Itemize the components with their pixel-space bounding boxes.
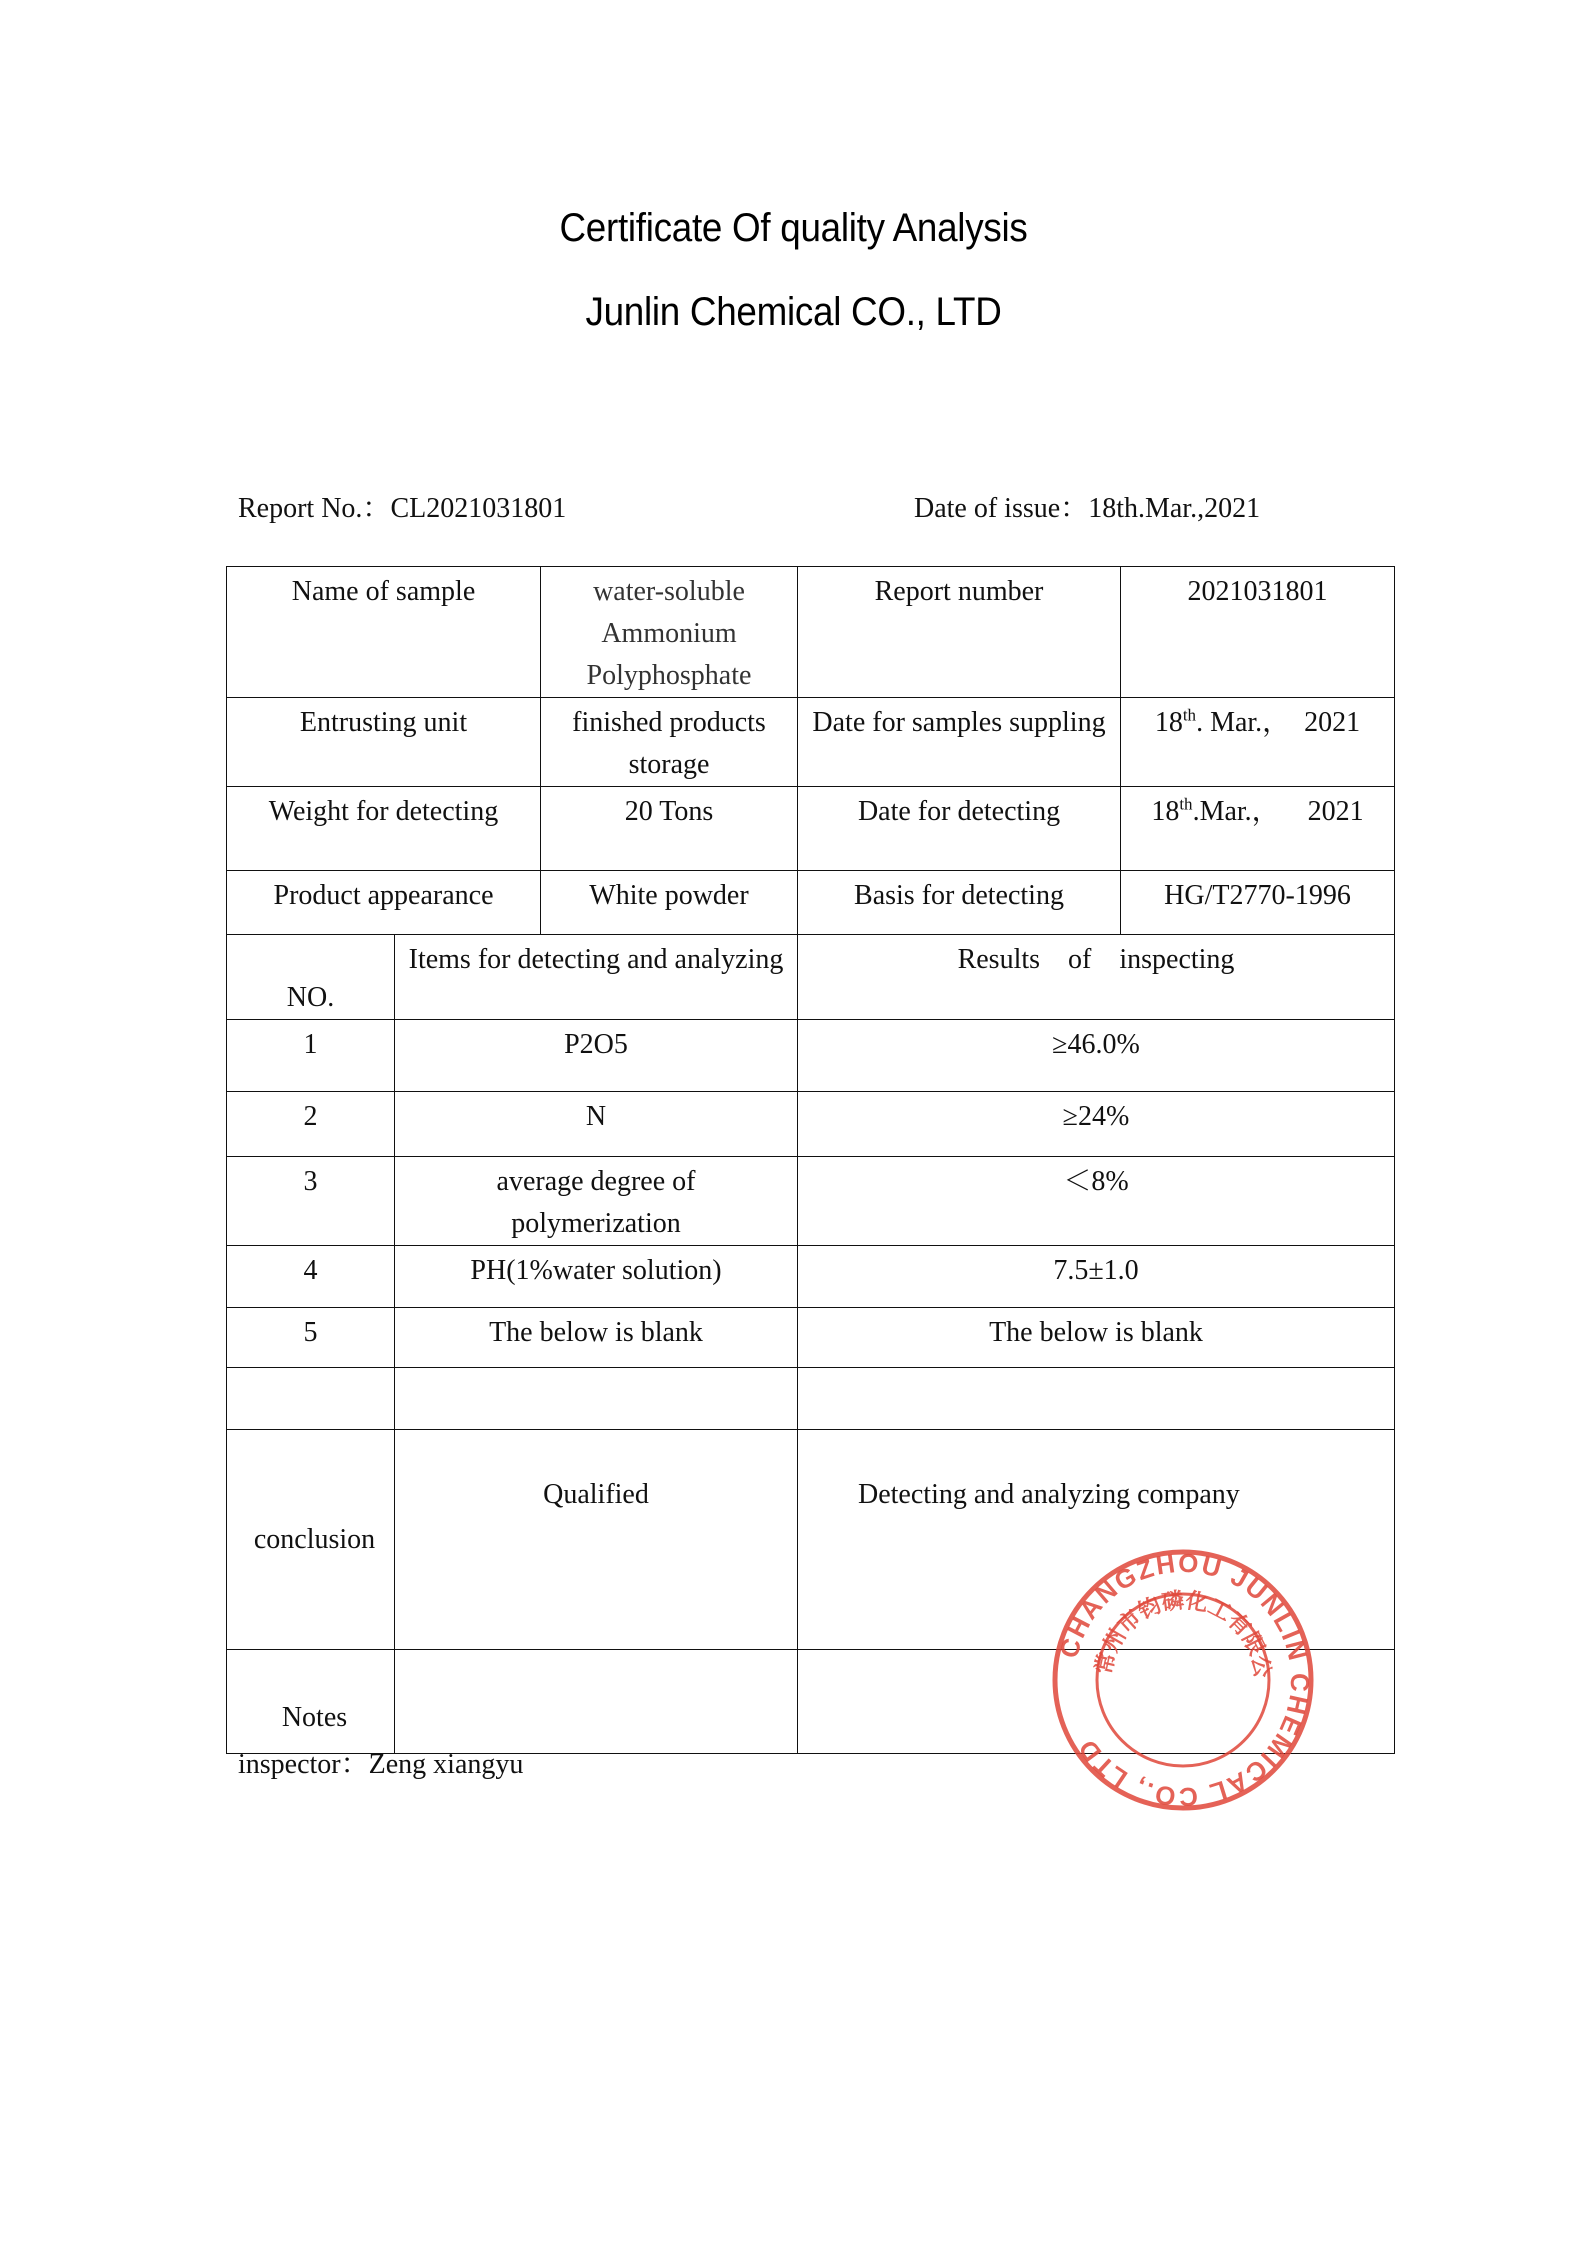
row-no: 1 bbox=[227, 1020, 395, 1092]
date-detecting-label: Date for detecting bbox=[798, 787, 1121, 871]
row-item bbox=[395, 1368, 798, 1430]
date-samples-value: 18th. Mar.， 2021 bbox=[1121, 698, 1395, 787]
entrusting-unit-label: Entrusting unit bbox=[227, 698, 541, 787]
row-no: 5 bbox=[227, 1308, 395, 1368]
report-no: Report No.：CL2021031801 bbox=[238, 486, 566, 526]
notes-label: Notes bbox=[227, 1650, 395, 1754]
table-row: Product appearance White powder Basis fo… bbox=[227, 871, 1395, 935]
row-result: ＜8% bbox=[798, 1157, 1395, 1246]
report-number-label: Report number bbox=[798, 567, 1121, 698]
basis-label: Basis for detecting bbox=[798, 871, 1121, 935]
row-no: 2 bbox=[227, 1092, 395, 1157]
row-item: N bbox=[395, 1092, 798, 1157]
date-of-issue: Date of issue：18th.Mar.,2021 bbox=[914, 486, 1260, 526]
company-name: Junlin Chemical CO., LTD bbox=[63, 290, 1523, 335]
row-result bbox=[798, 1368, 1395, 1430]
appearance-value: White powder bbox=[541, 871, 798, 935]
document-title: Certificate Of quality Analysis bbox=[63, 206, 1523, 251]
entrusting-unit-value: finished products storage bbox=[541, 698, 798, 787]
date-rest: . Mar.， 2021 bbox=[1196, 707, 1360, 738]
table-row: 5 The below is blank The below is blank bbox=[227, 1308, 1395, 1368]
date-detecting-value: 18th.Mar.， 2021 bbox=[1121, 787, 1395, 871]
table-row: 2 N ≥24% bbox=[227, 1092, 1395, 1157]
items-header: Items for detecting and analyzing bbox=[395, 935, 798, 1020]
day-suffix: th bbox=[1183, 706, 1196, 725]
sample-line: water-soluble bbox=[547, 571, 791, 613]
notes-extra bbox=[798, 1650, 1395, 1754]
report-number-value: 2021031801 bbox=[1121, 567, 1395, 698]
name-of-sample-value: water-soluble Ammonium Polyphosphate bbox=[541, 567, 798, 698]
table-row: 1 P2O5 ≥46.0% bbox=[227, 1020, 1395, 1092]
weight-label: Weight for detecting bbox=[227, 787, 541, 871]
table-row: 4 PH(1%water solution) 7.5±1.0 bbox=[227, 1246, 1395, 1308]
table-row bbox=[227, 1368, 1395, 1430]
results-header: Results of inspecting bbox=[798, 935, 1395, 1020]
row-no: 4 bbox=[227, 1246, 395, 1308]
row-item: P2O5 bbox=[395, 1020, 798, 1092]
report-no-label: Report No.： bbox=[238, 493, 390, 524]
name-of-sample-label: Name of sample bbox=[227, 567, 541, 698]
date-issue-value: 18th.Mar.,2021 bbox=[1088, 493, 1260, 524]
certificate-table: Name of sample water-soluble Ammonium Po… bbox=[226, 566, 1395, 1754]
company-label: Detecting and analyzing company bbox=[798, 1430, 1395, 1650]
day-suffix: th bbox=[1179, 795, 1192, 814]
inspector: inspector：Zeng xiangyu bbox=[238, 1742, 523, 1782]
date-samples-label: Date for samples suppling bbox=[798, 698, 1121, 787]
no-header: NO. bbox=[227, 935, 395, 1020]
row-item: The below is blank bbox=[395, 1308, 798, 1368]
conclusion-label: conclusion bbox=[227, 1430, 395, 1650]
sample-line: Polyphosphate bbox=[547, 655, 791, 697]
report-no-value: CL2021031801 bbox=[390, 493, 566, 524]
table-row: Entrusting unit finished products storag… bbox=[227, 698, 1395, 787]
row-result: 7.5±1.0 bbox=[798, 1246, 1395, 1308]
sample-line: Ammonium bbox=[547, 613, 791, 655]
row-no bbox=[227, 1368, 395, 1430]
day: 18 bbox=[1155, 707, 1183, 738]
conclusion-row: conclusion Qualified Detecting and analy… bbox=[227, 1430, 1395, 1650]
date-rest: .Mar.， 2021 bbox=[1193, 796, 1364, 827]
basis-value: HG/T2770-1996 bbox=[1121, 871, 1395, 935]
row-result: ≥46.0% bbox=[798, 1020, 1395, 1092]
row-no: 3 bbox=[227, 1157, 395, 1246]
appearance-label: Product appearance bbox=[227, 871, 541, 935]
row-result: The below is blank bbox=[798, 1308, 1395, 1368]
date-issue-label: Date of issue： bbox=[914, 493, 1088, 524]
table-row: Weight for detecting 20 Tons Date for de… bbox=[227, 787, 1395, 871]
weight-value: 20 Tons bbox=[541, 787, 798, 871]
notes-value bbox=[395, 1650, 798, 1754]
results-header-row: NO. Items for detecting and analyzing Re… bbox=[227, 935, 1395, 1020]
row-item: PH(1%water solution) bbox=[395, 1246, 798, 1308]
day: 18 bbox=[1151, 796, 1179, 827]
table-row: 3 average degree of polymerization ＜8% bbox=[227, 1157, 1395, 1246]
notes-row: Notes bbox=[227, 1650, 1395, 1754]
row-result: ≥24% bbox=[798, 1092, 1395, 1157]
table-row: Name of sample water-soluble Ammonium Po… bbox=[227, 567, 1395, 698]
row-item: average degree of polymerization bbox=[395, 1157, 798, 1246]
conclusion-value: Qualified bbox=[395, 1430, 798, 1650]
